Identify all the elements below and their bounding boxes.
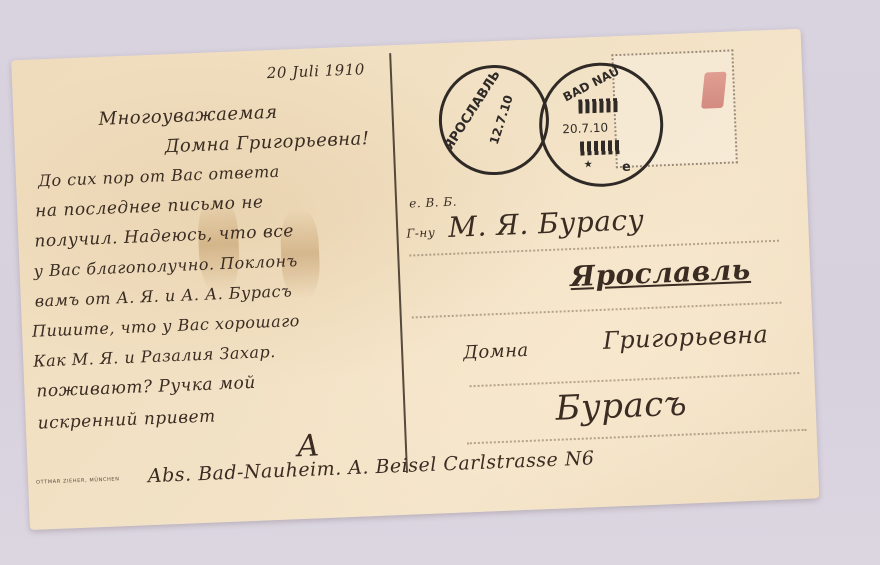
- message-line: Домна Григорьевна!: [164, 128, 370, 157]
- address-city: Ярославль: [570, 253, 752, 293]
- postmark-bars-top: [578, 98, 619, 114]
- address-recipient: М. Я. Бурасу: [448, 203, 645, 244]
- postmark-star-icon: ★: [584, 159, 593, 170]
- message-line: искренний привет: [37, 406, 216, 433]
- message-line: поживают? Ручка мой: [36, 373, 256, 402]
- center-divider-line: [389, 53, 408, 473]
- message-line: Пишите, что у Вас хорошаго: [32, 311, 301, 341]
- message-line: Многоуважаемая: [98, 102, 278, 130]
- address-prefix: е. В. Б.: [409, 195, 457, 211]
- message-line: получил. Надеюсь, что все: [34, 221, 294, 251]
- address-prefix-gnu: Г-ну: [406, 226, 435, 241]
- postmark-bad-nauheim-date: 20.7.10: [562, 120, 608, 136]
- return-address: Abs. Bad-Nauheim. A. Beisel Carlstrasse …: [147, 447, 594, 487]
- postmark-bad-nauheim-letter: e: [622, 160, 631, 175]
- message-line: Как М. Я. и Разалия Захар.: [33, 342, 276, 371]
- message-line: До сих пор от Вас ответа: [38, 162, 280, 191]
- address-line: [467, 429, 807, 445]
- address-line4: Бурасъ: [555, 384, 688, 429]
- message-line: вамъ от А. Я. и А. А. Бурасъ: [34, 281, 292, 310]
- publisher-imprint: OTTMAR ZIEHER, MÜNCHEN: [36, 476, 120, 485]
- address-line3-name: Григорьевна: [602, 320, 769, 355]
- address-line: [412, 302, 782, 319]
- message-line: у Вас благополучно. Поклонъ: [33, 251, 298, 281]
- message-date: 20 Juli 1910: [266, 60, 365, 82]
- address-line3-label: Домна: [463, 340, 529, 364]
- postcard: 20 Juli 1910 Многоуважаемая Домна Григор…: [11, 29, 819, 530]
- stamp-remnant: [701, 72, 727, 109]
- postmark-bars-bottom: [580, 140, 621, 156]
